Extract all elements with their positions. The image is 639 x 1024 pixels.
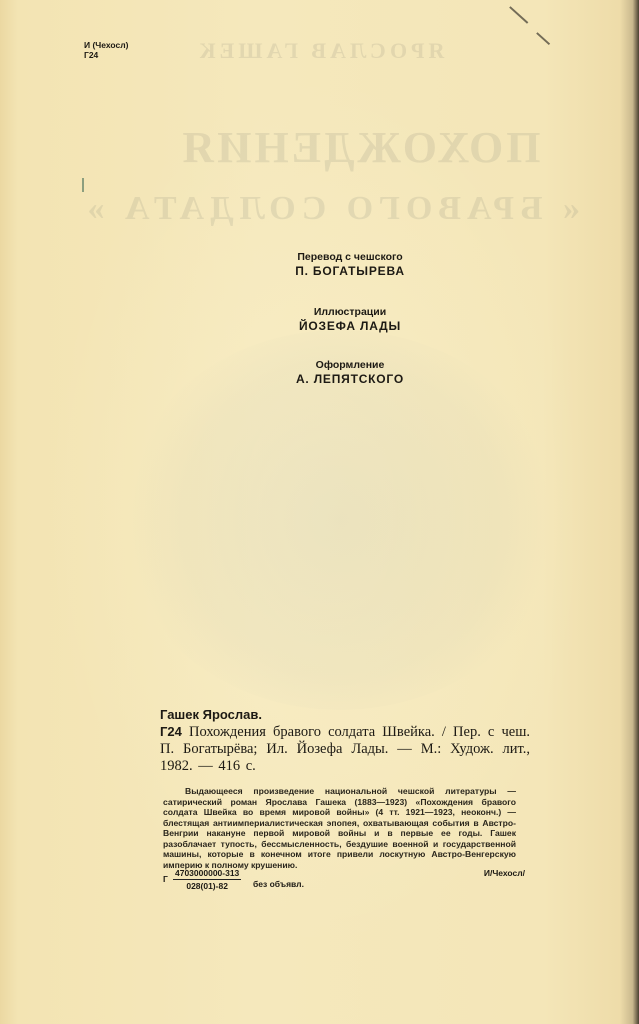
footer-prefix: Г bbox=[163, 874, 168, 884]
fraction-denominator: 028(01)-82 bbox=[173, 880, 241, 891]
index-code-line2: Г24 bbox=[84, 50, 128, 60]
fraction-numerator: 4703000000-313 bbox=[173, 868, 241, 880]
annotation-paragraph: Выдающееся произведение национальной чеш… bbox=[163, 786, 516, 870]
bleed-through-subtitle: « БРАВОГО СОЛДАТА » bbox=[150, 190, 580, 228]
credit-translator: Перевод с чешского П. БОГАТЫРЕВА bbox=[250, 250, 450, 279]
bibliographic-entry: Г24 Похождения бравого солдата Швейка. /… bbox=[160, 723, 530, 775]
credit-label: Оформление bbox=[250, 358, 450, 372]
index-code-line1: И (Чехосл) bbox=[84, 40, 128, 50]
bibliographic-record: Гашек Ярослав. Г24 Похождения бравого со… bbox=[160, 706, 530, 775]
bibliographic-code: Г24 bbox=[160, 724, 182, 739]
scan-speck bbox=[82, 178, 84, 192]
book-page: ЯРОСЛАВ ГАШЕК ПОХОЖДЕНИЯ « БРАВОГО СОЛДА… bbox=[0, 0, 639, 1024]
bleed-through-title: ПОХОЖДЕНИЯ bbox=[160, 122, 560, 173]
bleed-through-author: ЯРОСЛАВ ГАШЕК bbox=[190, 38, 450, 64]
credit-label: Иллюстрации bbox=[250, 305, 450, 319]
scan-scratch-mark bbox=[509, 6, 528, 23]
bleed-through-illustration bbox=[120, 330, 560, 710]
classification-code: И/Чехосл/ bbox=[484, 868, 525, 878]
library-index-code: И (Чехосл) Г24 bbox=[84, 40, 128, 60]
bibliographic-author: Гашек Ярослав. bbox=[160, 706, 530, 723]
no-announcement-note: без объявл. bbox=[253, 879, 304, 889]
bibliographic-description: Похождения бравого солдата Швейка. / Пер… bbox=[160, 724, 530, 774]
credit-name: А. ЛЕПЯТСКОГО bbox=[250, 372, 450, 387]
credit-name: ЙОЗЕФА ЛАДЫ bbox=[250, 319, 450, 334]
credit-designer: Оформление А. ЛЕПЯТСКОГО bbox=[250, 358, 450, 387]
scan-scratch-mark bbox=[536, 32, 550, 44]
credit-name: П. БОГАТЫРЕВА bbox=[250, 264, 450, 279]
catalog-fraction: 4703000000-313 028(01)-82 bbox=[173, 868, 241, 891]
credit-label: Перевод с чешского bbox=[250, 250, 450, 264]
credit-illustrator: Иллюстрации ЙОЗЕФА ЛАДЫ bbox=[250, 305, 450, 334]
